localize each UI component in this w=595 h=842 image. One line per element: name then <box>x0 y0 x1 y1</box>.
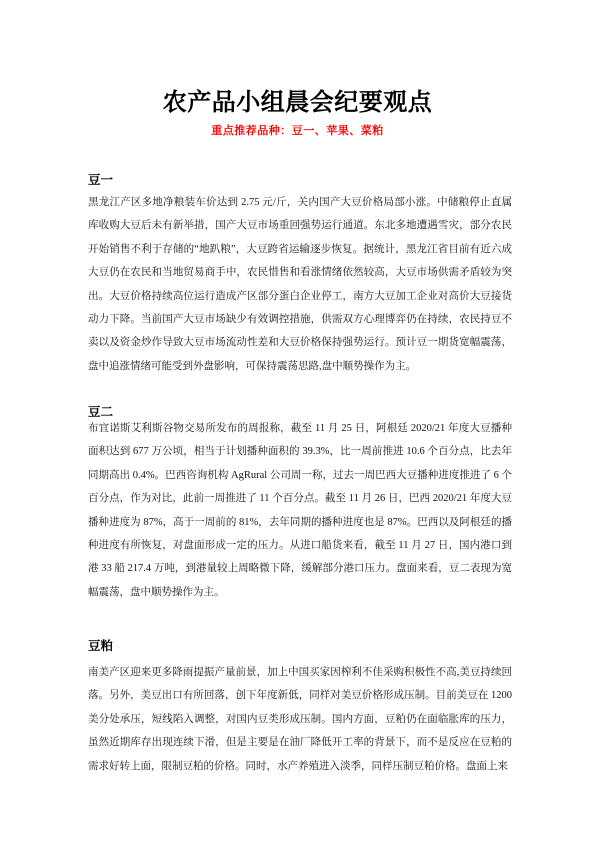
section-body: 南美产区迎来更多降雨提振产量前景，加上中国买家因榨利不佳采购积极性不高,美豆持续… <box>88 661 512 778</box>
section-heading: 豆粕 <box>88 636 512 654</box>
section-body: 布宜诺斯艾利斯谷物交易所发布的周报称，截至 11 月 25 日，阿根廷 2020… <box>88 417 512 604</box>
document-page: 农产品小组晨会纪要观点 重点推荐品种：豆一、苹果、菜粕 豆一 黑龙江产区多地净粮… <box>0 0 595 842</box>
page-title: 农产品小组晨会纪要观点 <box>0 82 595 117</box>
section-heading: 豆一 <box>88 170 512 188</box>
recommended-varieties-subtitle: 重点推荐品种：豆一、苹果、菜粕 <box>0 122 595 138</box>
section-body: 黑龙江产区多地净粮装车价达到 2.75 元/斤，关内国产大豆价格局部小涨。中储粮… <box>88 191 512 378</box>
